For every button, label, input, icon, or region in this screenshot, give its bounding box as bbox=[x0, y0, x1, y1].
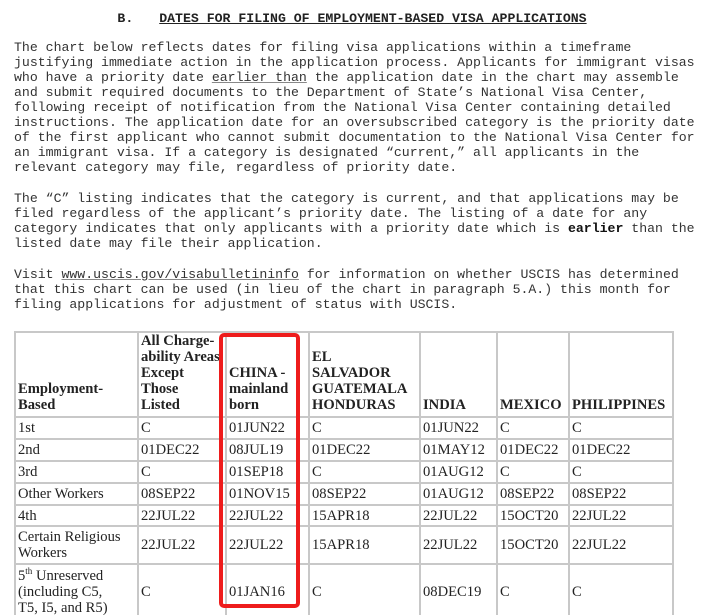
cell-value: C bbox=[138, 461, 226, 483]
cell-value: 22JUL22 bbox=[138, 505, 226, 526]
uscis-link[interactable]: www.uscis.gov/visabulletininfo bbox=[61, 267, 298, 282]
text-line: an immigrant visa. If a category is desi… bbox=[14, 145, 639, 160]
cell-value: C bbox=[309, 461, 420, 483]
row-category: Certain ReligiousWorkers bbox=[15, 526, 138, 564]
cell-value: 08DEC19 bbox=[420, 564, 497, 615]
row-category: 5th Unreserved(including C5,T5, I5, and … bbox=[15, 564, 138, 615]
text-line: listed date may file their application. bbox=[14, 236, 323, 251]
cell-value: 22JUL22 bbox=[226, 505, 309, 526]
row-category: 3rd bbox=[15, 461, 138, 483]
text-line: the application date in the chart may as… bbox=[307, 70, 679, 85]
cell-value: 01AUG12 bbox=[420, 483, 497, 505]
underlined-earlier-than: earlier than bbox=[212, 70, 307, 85]
header-mexico: MEXICO bbox=[497, 332, 569, 417]
table-row: Certain ReligiousWorkers 22JUL22 22JUL22… bbox=[15, 526, 673, 564]
cell-value: 08SEP22 bbox=[309, 483, 420, 505]
bold-earlier: earlier bbox=[568, 221, 623, 236]
table-header-row: Employment-Based All Charge-ability Area… bbox=[15, 332, 673, 417]
section-heading: B.DATES FOR FILING OF EMPLOYMENT-BASED V… bbox=[0, 11, 704, 26]
cell-value: C bbox=[569, 417, 673, 439]
text-line: than the bbox=[623, 221, 694, 236]
cell-value: 08SEP22 bbox=[569, 483, 673, 505]
text-line: who have a priority date bbox=[14, 70, 212, 85]
dates-for-filing-table: Employment-Based All Charge-ability Area… bbox=[14, 331, 674, 615]
text-line: justifying immediate action in the appli… bbox=[14, 55, 695, 70]
cell-value: 22JUL22 bbox=[569, 526, 673, 564]
cell-value: 22JUL22 bbox=[138, 526, 226, 564]
cell-value: C bbox=[497, 461, 569, 483]
row-category: Other Workers bbox=[15, 483, 138, 505]
cell-value: 01MAY12 bbox=[420, 439, 497, 461]
cell-value: 01SEP18 bbox=[226, 461, 309, 483]
cell-value: C bbox=[569, 461, 673, 483]
cell-value: 01DEC22 bbox=[138, 439, 226, 461]
cell-value: 01DEC22 bbox=[569, 439, 673, 461]
table-row: 5th Unreserved(including C5,T5, I5, and … bbox=[15, 564, 673, 615]
table-row: Other Workers 08SEP22 01NOV15 08SEP22 01… bbox=[15, 483, 673, 505]
text-line: The “C” listing indicates that the categ… bbox=[14, 191, 679, 206]
cell-value: C bbox=[138, 564, 226, 615]
header-employment-based: Employment-Based bbox=[15, 332, 138, 417]
cell-value: C bbox=[309, 417, 420, 439]
cell-value: C bbox=[309, 564, 420, 615]
cell-value: 01DEC22 bbox=[309, 439, 420, 461]
cell-value: 22JUL22 bbox=[420, 505, 497, 526]
table-row: 4th 22JUL22 22JUL22 15APR18 22JUL22 15OC… bbox=[15, 505, 673, 526]
table-row: 2nd 01DEC22 08JUL19 01DEC22 01MAY12 01DE… bbox=[15, 439, 673, 461]
cell-value: C bbox=[569, 564, 673, 615]
cell-value: 22JUL22 bbox=[226, 526, 309, 564]
text-line: for information on whether USCIS has det… bbox=[299, 267, 679, 282]
text-line: filed regardless of the applicant’s prio… bbox=[14, 206, 647, 221]
table-row: 3rd C 01SEP18 C 01AUG12 C C bbox=[15, 461, 673, 483]
header-all-chargeability: All Charge-ability AreasExcept ThoseList… bbox=[138, 332, 226, 417]
cell-value: 15OCT20 bbox=[497, 526, 569, 564]
text-line: The chart below reflects dates for filin… bbox=[14, 40, 631, 55]
text-line: relevant category may file, regardless o… bbox=[14, 160, 457, 175]
row-category: 4th bbox=[15, 505, 138, 526]
header-china: CHINA -mainlandborn bbox=[226, 332, 309, 417]
header-philippines: PHILIPPINES bbox=[569, 332, 673, 417]
cell-value: 01JUN22 bbox=[226, 417, 309, 439]
cell-value: 15APR18 bbox=[309, 505, 420, 526]
text-line: instructions. The application date for a… bbox=[14, 115, 695, 130]
table-row: 1st C 01JUN22 C 01JUN22 C C bbox=[15, 417, 673, 439]
cell-value: 01DEC22 bbox=[497, 439, 569, 461]
filing-chart-explanation: The chart below reflects dates for filin… bbox=[14, 40, 704, 175]
cell-value: 01JAN16 bbox=[226, 564, 309, 615]
text-line: category indicates that only applicants … bbox=[14, 221, 568, 236]
cell-value: 08SEP22 bbox=[138, 483, 226, 505]
text-line: filing applications for adjustment of st… bbox=[14, 297, 457, 312]
header-el-salvador-guatemala-honduras: ELSALVADORGUATEMALAHONDURAS bbox=[309, 332, 420, 417]
section-title: DATES FOR FILING OF EMPLOYMENT-BASED VIS… bbox=[159, 11, 586, 26]
cell-value: 01JUN22 bbox=[420, 417, 497, 439]
header-india: INDIA bbox=[420, 332, 497, 417]
cell-value: C bbox=[138, 417, 226, 439]
cell-value: C bbox=[497, 417, 569, 439]
text-line: following receipt of notification from t… bbox=[14, 100, 671, 115]
cell-value: 08JUL19 bbox=[226, 439, 309, 461]
cell-value: 08SEP22 bbox=[497, 483, 569, 505]
text-line: and submit required documents to the Dep… bbox=[14, 85, 647, 100]
uscis-visit-note: Visit www.uscis.gov/visabulletininfo for… bbox=[14, 267, 704, 312]
cell-value: 01AUG12 bbox=[420, 461, 497, 483]
cell-value: 15OCT20 bbox=[497, 505, 569, 526]
cell-value: 01NOV15 bbox=[226, 483, 309, 505]
row-category: 2nd bbox=[15, 439, 138, 461]
cell-value: C bbox=[497, 564, 569, 615]
cell-value: 15APR18 bbox=[309, 526, 420, 564]
current-listing-explanation: The “C” listing indicates that the categ… bbox=[14, 191, 704, 251]
section-letter: B. bbox=[117, 11, 133, 26]
cell-value: 22JUL22 bbox=[569, 505, 673, 526]
row-category: 1st bbox=[15, 417, 138, 439]
cell-value: 22JUL22 bbox=[420, 526, 497, 564]
text-line: Visit bbox=[14, 267, 61, 282]
text-line: of the first applicant who cannot submit… bbox=[14, 130, 695, 145]
text-line: that this chart can be used (in lieu of … bbox=[14, 282, 671, 297]
